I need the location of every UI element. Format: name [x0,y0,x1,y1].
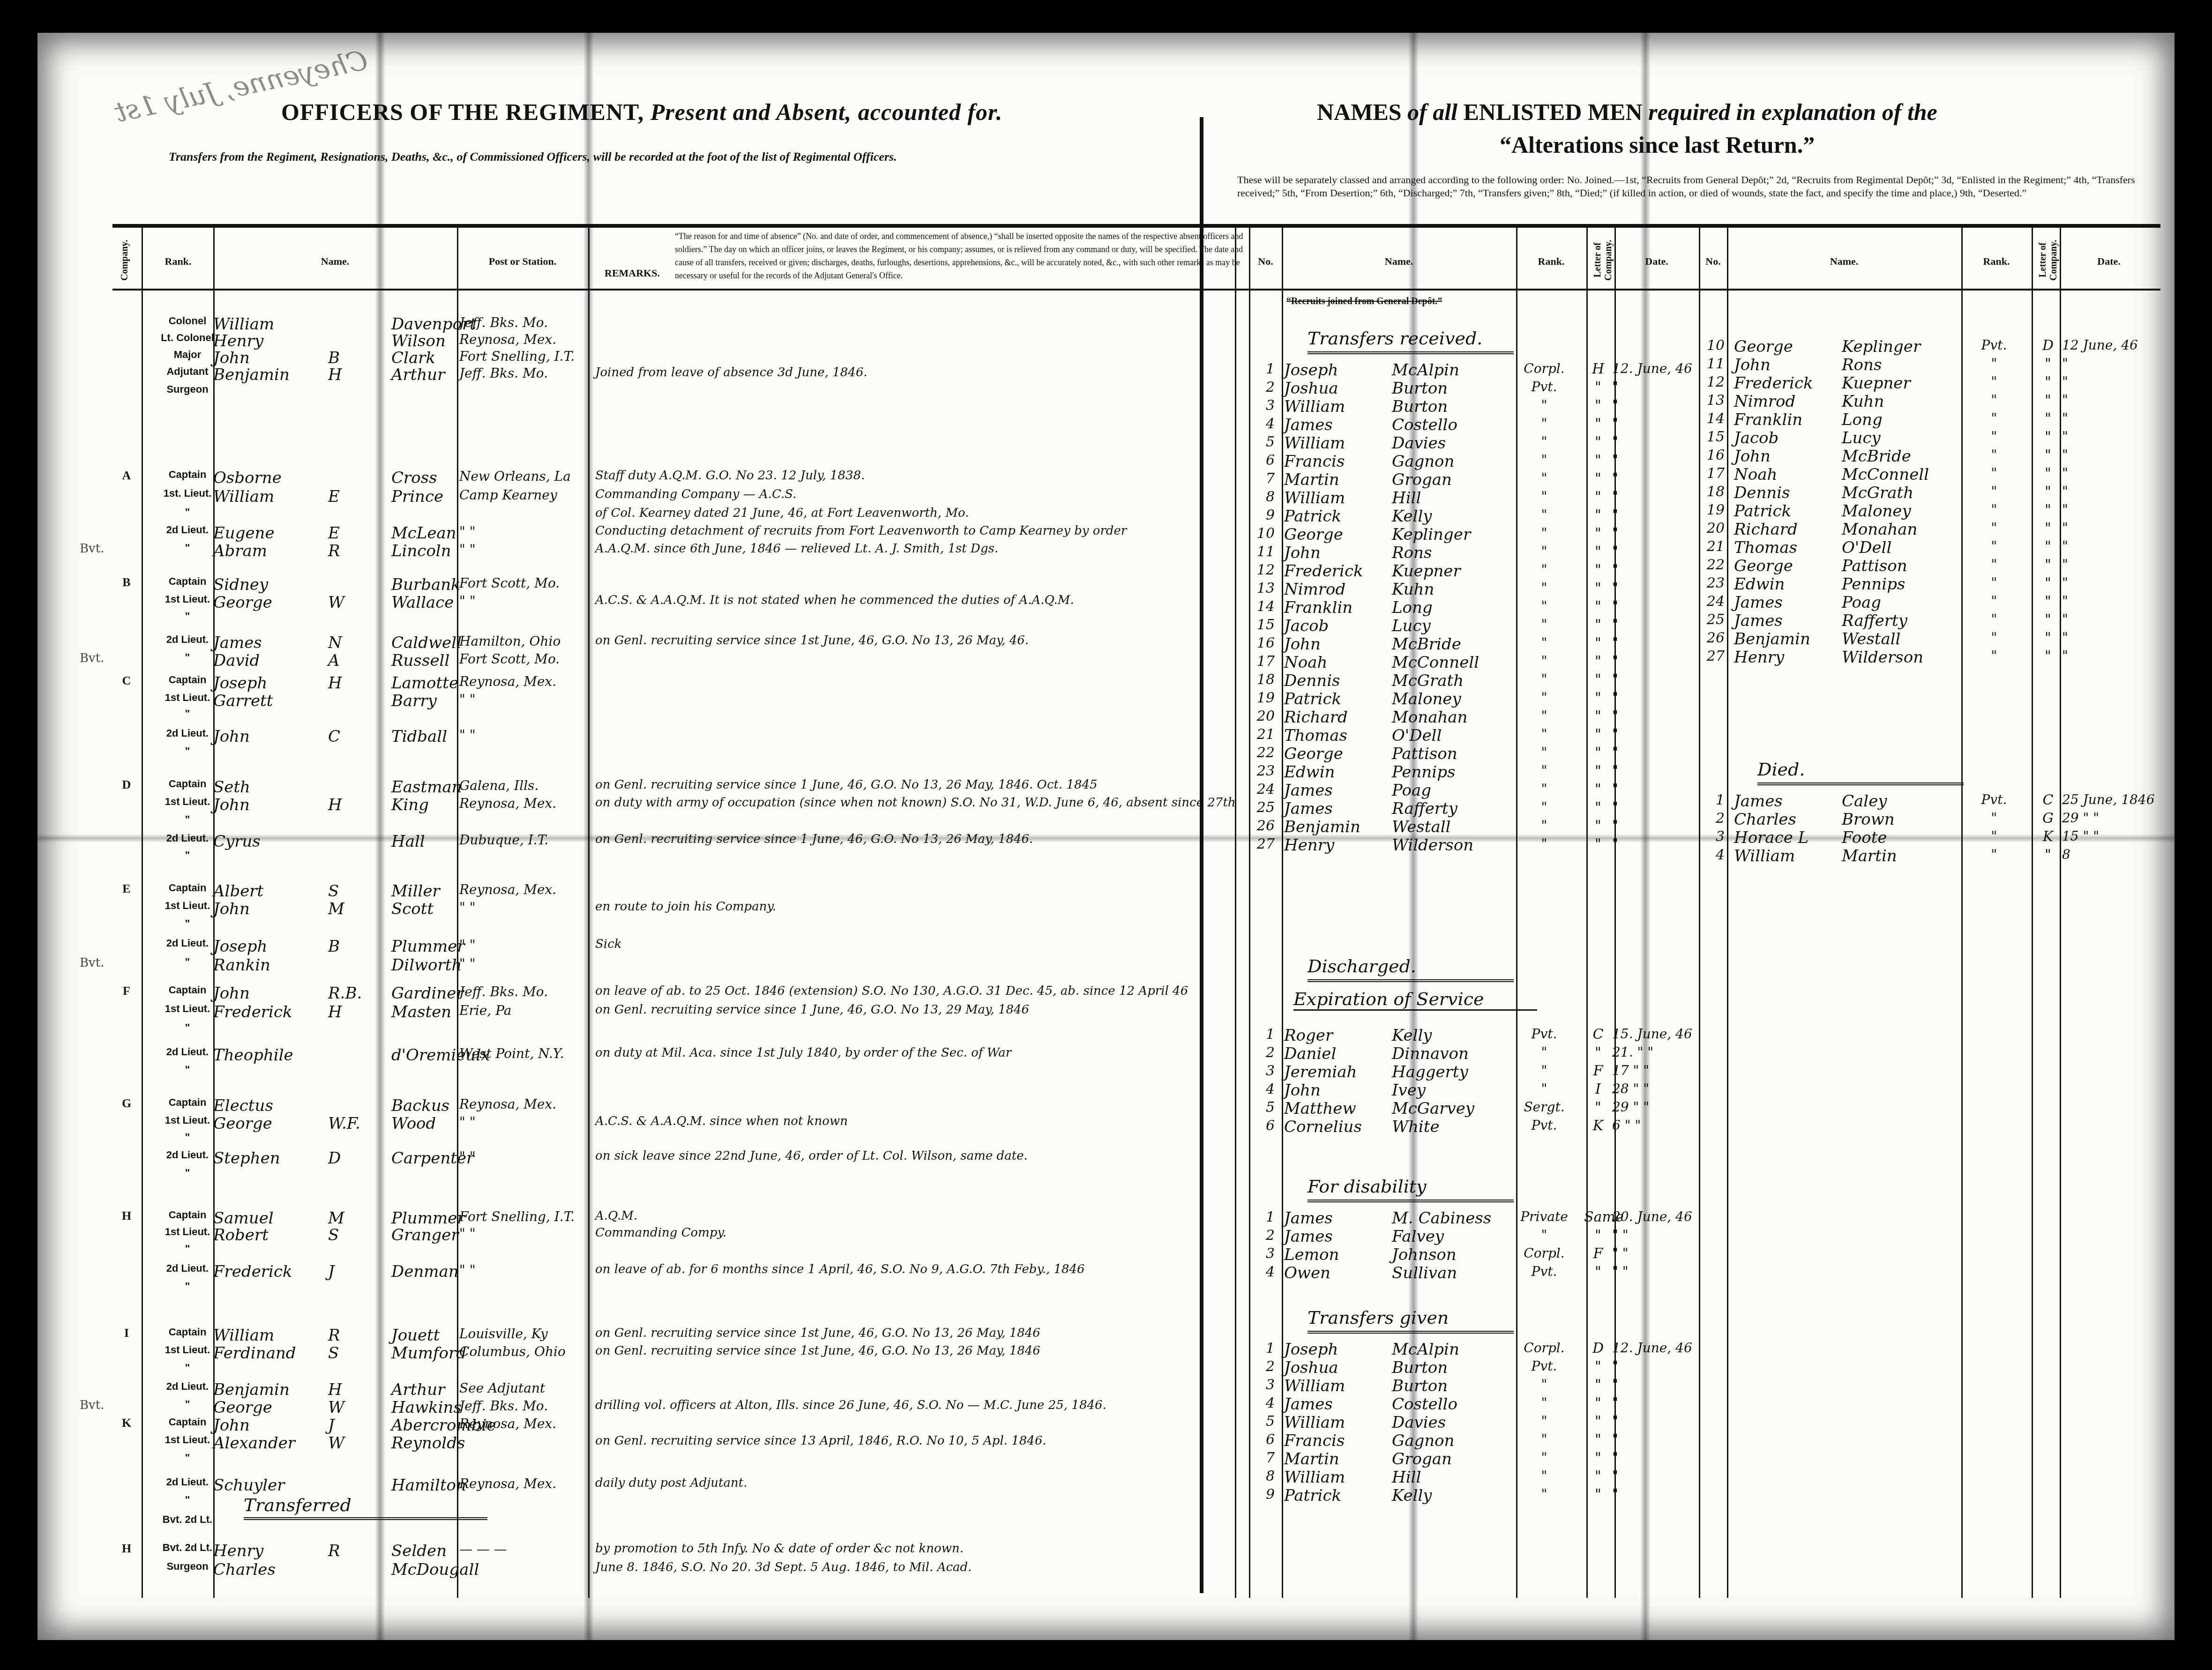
first-name: Joseph [1284,361,1406,380]
officer-row: FCaptainJohnR.B.GardinerJeff. Bks. Mo.on… [112,984,1218,1003]
enlisted-row: 7MartinGrogan""" [1251,470,1701,488]
company-letter: G [2034,810,2062,827]
first-name: Charles [1734,810,1856,829]
officer-row: " [112,813,1218,832]
rank: " [1964,611,2025,627]
first-name: James [1284,1227,1406,1246]
date: " [1612,763,1715,778]
officer-row: Bvt."GeorgeWHawkinsJeff. Bks. Mo.drillin… [112,1398,1218,1417]
post-station: " " [459,524,614,539]
first-name: James [1284,1209,1406,1228]
post-station: Hamilton, Ohio [459,634,614,649]
header-letter-of-company: Letter of Company. [1592,234,1614,286]
company-letter: " [1584,745,1612,761]
row-number: 9 [1251,507,1275,523]
enlisted-row: 2JamesFalvey""" " [1251,1227,1701,1245]
rank: " [1964,356,2025,371]
enlisted-row: 5MatthewMcGarveySergt."29 " " [1251,1099,1701,1117]
rank: " [1514,452,1575,468]
header-bottom-rule [112,289,2160,291]
company-letter: " [1584,635,1612,651]
first-name: Thomas [1734,538,1856,557]
row-number: 3 [1251,1063,1275,1079]
date: 15 " " [2062,828,2165,844]
enlisted-row: 3WilliamBurton""" [1251,397,1701,415]
first-name: James [1734,611,1856,630]
rank: " [1514,1468,1575,1484]
remarks-instructions: “The reason for and time of absence” (No… [675,230,1247,282]
company-letter: D [1584,1340,1612,1357]
officer-row: ICaptainWilliamRJouettLouisville, Kyon G… [112,1326,1218,1345]
enlisted-row: 1RogerKellyPvt.C15. June, 46 [1251,1026,1701,1044]
company-letter: K [2034,828,2062,845]
rank: Corpl. [1514,1245,1575,1261]
middle-initial: R [328,1542,366,1560]
enlisted-row: 18DennisMcGrath""" [1251,671,1701,689]
rank-label: " [145,1362,230,1374]
rank: " [1514,690,1575,705]
middle-initial: S [328,1226,366,1245]
date: " [2062,648,2165,664]
rank: Pvt. [1514,1118,1575,1133]
date: " [1612,653,1715,669]
row-number: 4 [1251,1395,1275,1411]
rank: " [1514,1431,1575,1447]
first-name: Electus [213,1096,321,1115]
enlisted-row: 4OwenSullivanPvt."" " [1251,1264,1701,1282]
date: " [2062,630,2165,645]
rank: " [1514,836,1575,851]
company-letter: " [2034,502,2062,518]
date: " [1612,690,1715,705]
post-station: — — — [459,1542,614,1557]
row-number: 11 [1701,356,1725,372]
rank: " [1514,1413,1575,1429]
rank: " [1514,635,1575,650]
first-name: Osborne [213,469,321,487]
remarks-text: on Genl. recruiting service since 1 June… [595,778,1251,792]
date: " [2062,374,2165,389]
officer-row: " [112,1131,1218,1150]
row-number: 15 [1701,429,1725,445]
date: 15. June, 46 [1612,1026,1715,1042]
row-number: 3 [1251,1245,1275,1262]
rank: " [1964,630,2025,645]
rank: " [1514,1395,1575,1410]
first-name: Edwin [1284,763,1406,782]
enlisted-row: 5WilliamDavies""" [1251,1413,1701,1431]
officer-row: HCaptainSamuelMPlummerFort Snelling, I.T… [112,1209,1218,1228]
row-number: 3 [1701,828,1725,845]
officer-row: " [112,917,1218,936]
remarks-text: Conducting detachment of recruits from F… [595,524,1251,538]
row-number: 16 [1251,635,1275,651]
rank-label: " [145,813,230,826]
first-name: Daniel [1284,1044,1406,1063]
date: 28 " " [1612,1081,1715,1096]
company-letter: K [117,1416,136,1430]
date: " [2062,611,2165,627]
first-name: John [213,984,321,1003]
post-station: Reynosa, Mex. [459,332,614,347]
middle-initial: C [328,727,366,746]
date: " [2062,575,2165,590]
middle-initial: E [328,524,366,543]
first-name: Francis [1284,1431,1406,1450]
row-number: 7 [1251,470,1275,487]
margin-note: Bvt. [80,956,112,970]
enlisted-row: 2CharlesBrown"G29 " " [1701,810,2151,828]
rank-label: " [145,1243,230,1255]
rank: " [1964,593,2025,609]
remarks-text: on leave of ab. to 25 Oct. 1846 (extensi… [595,984,1251,998]
post-station: Reynosa, Mex. [459,882,614,897]
company-letter: " [2034,392,2062,409]
company-letter: F [1584,1063,1612,1079]
company-letter: " [1584,598,1612,615]
company-letter: A [117,469,136,483]
first-name: Nimrod [1734,392,1856,411]
row-number: 1 [1251,1209,1275,1225]
rank: " [1964,429,2025,444]
remarks-text: A.C.S. & A.A.Q.M. since when not known [595,1114,1251,1128]
first-name: George [1284,745,1406,763]
first-name: George [213,593,321,612]
date: " [1612,434,1715,449]
first-name: George [213,1114,321,1133]
remarks-text: A.A.Q.M. since 6th June, 1846 — relieved… [595,542,1251,556]
middle-initial: H [328,365,366,384]
first-name: Owen [1284,1264,1406,1282]
middle-initial: D [328,1149,366,1168]
date: " [2062,410,2165,426]
company-letter: " [1584,1358,1612,1375]
remarks-text: on Genl. recruiting service since 1st Ju… [595,1326,1251,1340]
company-letter: C [1584,1026,1612,1043]
officer-row: 1st Lieut.FerdinandSMumfordColumbus, Ohi… [112,1344,1218,1363]
first-name: Martin [1284,470,1406,489]
enlisted-row: 12FrederickKuepner""" [1701,374,2151,392]
first-name: Noah [1734,465,1856,484]
remarks-text: on Genl. recruiting service since 1 June… [595,832,1251,846]
row-number: 17 [1251,653,1275,670]
date: " [1612,745,1715,760]
first-name: John [213,1416,321,1435]
rank: " [1514,763,1575,778]
first-name: William [1284,1413,1406,1432]
rank: " [1514,617,1575,632]
row-number: 4 [1251,416,1275,432]
officer-row: 2d Lieut.SchuylerHamiltonReynosa, Mex.da… [112,1476,1218,1495]
remarks-text: on Genl. recruiting service since 1st Ju… [595,634,1251,648]
date: " [1612,671,1715,687]
rank-label: " [145,917,230,930]
post-station: Reynosa, Mex. [459,796,614,811]
enlisted-row: 9PatrickKelly""" [1251,1486,1701,1504]
enlisted-title-part: NAMES [1317,99,1402,125]
row-number: 2 [1251,1358,1275,1375]
date: 8 [2062,847,2165,862]
row-number: 19 [1251,690,1275,706]
remarks-text: on leave of ab. for 6 months since 1 Apr… [595,1262,1251,1276]
officer-row: ECaptainAlbertSMillerReynosa, Mex. [112,882,1218,901]
first-name: Frederick [1284,562,1406,581]
row-number: 4 [1251,1264,1275,1280]
middle-initial: H [328,1003,366,1021]
company-letter: " [1584,763,1612,779]
rank: " [1514,1377,1575,1392]
header-no: No. [1700,255,1726,268]
row-number: 3 [1251,1377,1275,1393]
first-name: Franklin [1284,598,1406,617]
enlisted-row: 1JamesM. CabinessPrivateSame20. June, 46 [1251,1209,1701,1227]
company-letter: " [1584,1413,1612,1430]
middle-initial: J [328,1262,366,1281]
remarks-text: Commanding Compy. [595,1226,1251,1240]
row-number: 23 [1251,763,1275,779]
first-name: Cornelius [1284,1118,1406,1136]
section-heading: Died. [1757,759,1964,785]
first-name: Rankin [213,956,321,975]
enlisted-row: 2DanielDinnavon""21. " " [1251,1044,1701,1062]
enlisted-row: 11JohnRons""" [1701,356,2151,373]
date: " [1612,598,1715,614]
row-number: 18 [1701,484,1725,500]
enlisted-row: 25JamesRafferty""" [1701,611,2151,629]
enlisted-row: 27HenryWilderson""" [1251,836,1701,854]
officer-row: MajorJohnBClarkFort Snelling, I.T. [112,349,1218,367]
enlisted-title-part: of all [1407,99,1457,125]
enlisted-row: 3Horace LFoote"K15 " " [1701,828,2151,846]
first-name: Joseph [213,674,321,693]
header-no: No. [1250,255,1281,268]
officer-row: 2d Lieut.CyrusHallDubuque, I.T.on Genl. … [112,832,1218,851]
row-number: 9 [1251,1486,1275,1503]
company-letter: " [1584,781,1612,798]
date: 20. June, 46 [1612,1209,1715,1224]
officer-row: Lt. ColonelHenryWilsonReynosa, Mex. [112,332,1218,350]
first-name: William [1284,1468,1406,1487]
row-number: 2 [1251,379,1275,395]
enlisted-row: 23EdwinPennips""" [1251,763,1701,781]
first-name: John [1284,544,1406,562]
middle-initial: M [328,1209,366,1228]
header-date: Date. [2062,255,2156,268]
first-name: Albert [213,882,321,901]
row-number: 14 [1701,410,1725,427]
date: " [1612,818,1715,833]
rank: " [1514,1081,1575,1096]
first-name: John [213,796,321,814]
officer-row: " [112,1452,1218,1470]
first-name: Patrick [1284,1486,1406,1505]
officer-row: 1st Lieut.AlexanderWReynoldson Genl. rec… [112,1434,1218,1453]
row-number: 10 [1251,525,1275,542]
officer-row: " [112,1167,1218,1185]
first-name: Dennis [1284,671,1406,690]
row-number: 8 [1251,489,1275,505]
section-heading: For disability [1308,1176,1514,1202]
date: 17 " " [1612,1063,1715,1078]
transferred-officer-row: SurgeonCharlesMcDougallJune 8. 1846, S.O… [112,1560,1218,1579]
first-name: Stephen [213,1149,321,1168]
rank: " [1514,1044,1575,1060]
first-name: Joseph [213,937,321,956]
company-letter: F [1584,1245,1612,1262]
rank: " [1514,598,1575,614]
middle-initial: A [328,651,366,670]
rank: " [1964,392,2025,408]
company-letter: Same [1584,1209,1612,1225]
rank-label: " [145,708,230,720]
first-name: Jeremiah [1284,1063,1406,1081]
header-name: Name. [1284,255,1514,268]
enlisted-row: 14FranklinLong""" [1251,598,1701,616]
middle-initial: H [328,674,366,693]
date: " [1612,397,1715,413]
rank: " [1514,799,1575,815]
company-letter: H [117,1209,136,1223]
officer-row: 1st Lieut.GeorgeWWallace" "A.C.S. & A.A.… [112,593,1218,612]
first-name: George [1284,525,1406,544]
post-station: Galena, Ills. [459,778,614,793]
company-letter: " [1584,799,1612,816]
enlisted-row: 4WilliamMartin""8 [1701,847,2151,865]
row-number: 5 [1251,1413,1275,1430]
first-name: John [1284,635,1406,654]
date: " [1612,1486,1715,1502]
row-number: 13 [1701,392,1725,409]
company-letter: " [1584,653,1612,670]
margin-note: Bvt. [80,651,112,665]
company-letter: " [1584,671,1612,688]
enlisted-row: 20RichardMonahan""" [1701,520,2151,538]
enlisted-row: 15JacobLucy""" [1251,617,1701,634]
rank: " [1514,562,1575,577]
rank: Pvt. [1514,1264,1575,1279]
remarks-text: of Col. Kearney dated 21 June, 46, at Fo… [595,506,1251,520]
first-name: William [1284,434,1406,453]
post-station: " " [459,1149,614,1164]
date: " [1612,1413,1715,1429]
middle-initial: W [328,1398,366,1417]
first-name: William [213,487,321,506]
section-heading: Transfers given [1308,1307,1514,1334]
date: " [2062,447,2165,462]
date: " [1612,544,1715,559]
first-name: Benjamin [1284,818,1406,836]
enlisted-subtitle: These will be separately classed and arr… [1237,173,2137,200]
first-name: Patrick [1284,690,1406,708]
enlisted-row: 16JohnMcBride""" [1701,447,2151,465]
date: " [1612,799,1715,815]
rank-label: " [145,1280,230,1292]
company-letter: " [1584,379,1612,395]
company-letter: " [2034,648,2062,664]
company-letter: " [1584,617,1612,633]
row-number: 1 [1251,1340,1275,1357]
first-name: Frederick [1734,374,1856,393]
officer-row: Bvt."AbramRLincoln" "A.A.Q.M. since 6th … [112,542,1218,560]
officer-row: " [112,1021,1218,1040]
company-letter: E [117,882,136,896]
enlisted-row: 4JamesCostello""" [1251,416,1701,433]
margin-note: Bvt. [80,1398,112,1412]
company-letter: " [2034,630,2062,646]
enlisted-title-part: required in explanation of the [1648,99,1937,125]
rank: " [1964,502,2025,517]
remarks-text: en route to join his Company. [595,900,1251,914]
officer-row: 2d Lieut.JamesNCaldwellHamilton, Ohioon … [112,634,1218,652]
enlisted-row: 17NoahMcConnell""" [1251,653,1701,671]
date: " [1612,635,1715,650]
enlisted-row: 8WilliamHill""" [1251,489,1701,507]
company-letter: " [1584,726,1612,743]
first-name: George [1734,557,1856,575]
company-letter: " [1584,489,1612,505]
company-letter: K [1584,1118,1612,1134]
enlisted-row: 18DennisMcGrath""" [1701,484,2151,501]
officers-subtitle: Transfers from the Regiment, Resignation… [169,150,897,164]
row-number: 11 [1251,544,1275,560]
date: " [1612,726,1715,742]
row-number: 15 [1251,617,1275,633]
rank: " [1964,538,2025,554]
company-letter: " [1584,836,1612,852]
first-name: Joseph [1284,1340,1406,1359]
officer-row: Bvt."RankinDilworth" " [112,956,1218,975]
first-name: Benjamin [1734,630,1856,649]
rank: " [1514,1227,1575,1243]
row-number: 18 [1251,671,1275,688]
transferred-officer-row: HBvt. 2d Lt.HenryRSelden— — —by promotio… [112,1542,1218,1560]
officer-row: " [112,745,1218,764]
enlisted-row: 17NoahMcConnell""" [1701,465,2151,483]
date: " [2062,538,2165,554]
rank-label: " [145,1064,230,1076]
post-station: " " [459,692,614,707]
row-number: 25 [1251,799,1275,816]
date: " [1612,1358,1715,1374]
post-station: West Point, N.Y. [459,1046,614,1061]
first-name: George [213,1398,321,1417]
enlisted-row: 3WilliamBurton""" [1251,1377,1701,1394]
company-letter: " [2034,465,2062,482]
officer-row: " [112,849,1218,868]
post-station: Camp Kearney [459,487,614,503]
officer-row: BCaptainSidneyBurbankFort Scott, Mo. [112,575,1218,594]
company-letter: H [1584,361,1612,377]
enlisted-row: 14FranklinLong""" [1701,410,2151,428]
section-heading: Discharged. [1308,956,1514,982]
rank: " [1964,374,2025,389]
row-number: 26 [1251,818,1275,834]
officer-row: " [112,1280,1218,1299]
first-name: Henry [1284,836,1406,855]
first-name: Eugene [213,524,321,543]
rank: " [1514,416,1575,431]
post-station: Fort Snelling, I.T. [459,349,614,364]
middle-initial: N [328,634,366,652]
date: 12. June, 46 [1612,1340,1715,1356]
company-letter: D [117,778,136,792]
company-letter: I [117,1326,136,1340]
date: " [1612,1450,1715,1465]
officer-row: DCaptainSethEastmanGalena, Ills.on Genl.… [112,778,1218,797]
post-station: " " [459,727,614,743]
row-number: 26 [1701,630,1725,646]
rank: " [1514,470,1575,486]
